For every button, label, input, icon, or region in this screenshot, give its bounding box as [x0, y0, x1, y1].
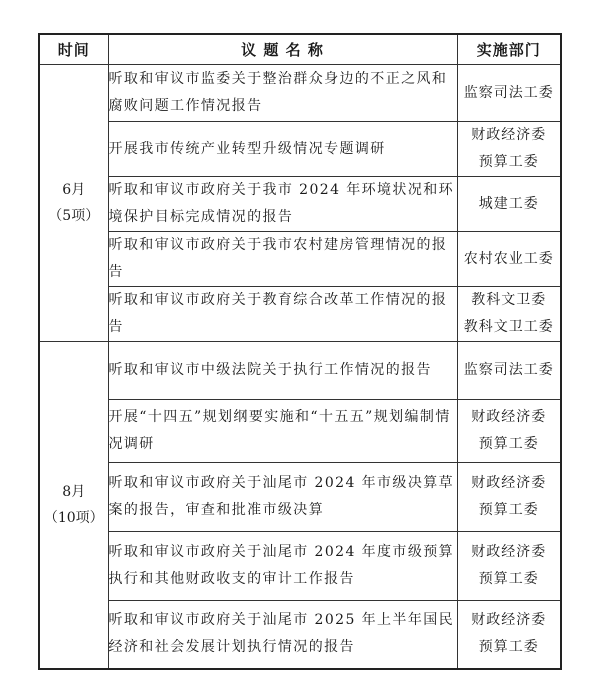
department-cell: 财政经济委预算工委 [457, 400, 561, 463]
table-row: 听取和审议市政府关于我市农村建房管理情况的报告农村农业工委 [39, 232, 561, 287]
header-title: 议 题 名 称 [108, 34, 457, 65]
table-row: 听取和审议市政府关于汕尾市 2024 年市级决算草案的报告，审查和批准市级决算财… [39, 463, 561, 532]
department-name: 监察司法工委 [458, 80, 561, 107]
item-count-label: （10项） [40, 505, 108, 531]
department-name: 教科文卫工委 [458, 314, 561, 341]
header-department: 实施部门 [457, 34, 561, 65]
department-cell: 财政经济委预算工委 [457, 532, 561, 601]
table-row: 6月（5项）听取和审议市监委关于整治群众身边的不正之风和腐败问题工作情况报告监察… [39, 65, 561, 122]
agenda-title-cell: 开展我市传统产业转型升级情况专题调研 [108, 122, 457, 177]
department-name: 财政经济委 [458, 470, 561, 497]
department-cell: 农村农业工委 [457, 232, 561, 287]
department-cell: 财政经济委预算工委 [457, 463, 561, 532]
table-row: 听取和审议市政府关于汕尾市 2025 年上半年国民经济和社会发展计划执行情况的报… [39, 601, 561, 669]
table-row: 听取和审议市政府关于教育综合改革工作情况的报告教科文卫委教科文卫工委 [39, 287, 561, 342]
department-name: 监察司法工委 [458, 357, 561, 384]
time-period-cell: 6月（5项） [39, 65, 108, 342]
agenda-title-cell: 听取和审议市政府关于汕尾市 2024 年市级决算草案的报告，审查和批准市级决算 [108, 463, 457, 532]
department-name: 预算工委 [458, 566, 561, 593]
agenda-title-cell: 听取和审议市中级法院关于执行工作情况的报告 [108, 342, 457, 400]
department-name: 财政经济委 [458, 539, 561, 566]
month-label: 8月 [40, 479, 108, 505]
agenda-title-cell: 听取和审议市政府关于我市农村建房管理情况的报告 [108, 232, 457, 287]
agenda-title-cell: 开展“十四五”规划纲要实施和“十五五”规划编制情况调研 [108, 400, 457, 463]
table-row: 开展“十四五”规划纲要实施和“十五五”规划编制情况调研财政经济委预算工委 [39, 400, 561, 463]
department-cell: 监察司法工委 [457, 65, 561, 122]
table-row: 听取和审议市政府关于汕尾市 2024 年度市级预算执行和其他财政收支的审计工作报… [39, 532, 561, 601]
table-body: 6月（5项）听取和审议市监委关于整治群众身边的不正之风和腐败问题工作情况报告监察… [39, 65, 561, 669]
table-row: 听取和审议市政府关于我市 2024 年环境状况和环境保护目标完成情况的报告城建工… [39, 177, 561, 232]
department-cell: 监察司法工委 [457, 342, 561, 400]
table-row: 开展我市传统产业转型升级情况专题调研财政经济委预算工委 [39, 122, 561, 177]
department-name: 财政经济委 [458, 404, 561, 431]
agenda-title-cell: 听取和审议市政府关于汕尾市 2024 年度市级预算执行和其他财政收支的审计工作报… [108, 532, 457, 601]
department-name: 预算工委 [458, 149, 561, 176]
header-time: 时间 [39, 34, 108, 65]
agenda-title-cell: 听取和审议市监委关于整治群众身边的不正之风和腐败问题工作情况报告 [108, 65, 457, 122]
department-name: 教科文卫委 [458, 287, 561, 314]
department-name: 预算工委 [458, 431, 561, 458]
department-cell: 教科文卫委教科文卫工委 [457, 287, 561, 342]
month-label: 6月 [40, 177, 108, 203]
department-name: 预算工委 [458, 634, 561, 661]
department-name: 农村农业工委 [458, 246, 561, 273]
table-header-row: 时间 议 题 名 称 实施部门 [39, 34, 561, 65]
department-name: 财政经济委 [458, 607, 561, 634]
item-count-label: （5项） [40, 203, 108, 229]
department-cell: 财政经济委预算工委 [457, 122, 561, 177]
department-cell: 城建工委 [457, 177, 561, 232]
time-period-cell: 8月（10项） [39, 342, 108, 669]
agenda-title-cell: 听取和审议市政府关于我市 2024 年环境状况和环境保护目标完成情况的报告 [108, 177, 457, 232]
department-name: 城建工委 [458, 191, 561, 218]
agenda-schedule-table: 时间 议 题 名 称 实施部门 6月（5项）听取和审议市监委关于整治群众身边的不… [38, 33, 562, 670]
agenda-title-cell: 听取和审议市政府关于汕尾市 2025 年上半年国民经济和社会发展计划执行情况的报… [108, 601, 457, 669]
department-cell: 财政经济委预算工委 [457, 601, 561, 669]
agenda-title-cell: 听取和审议市政府关于教育综合改革工作情况的报告 [108, 287, 457, 342]
department-name: 财政经济委 [458, 122, 561, 149]
department-name: 预算工委 [458, 497, 561, 524]
table-row: 8月（10项）听取和审议市中级法院关于执行工作情况的报告监察司法工委 [39, 342, 561, 400]
